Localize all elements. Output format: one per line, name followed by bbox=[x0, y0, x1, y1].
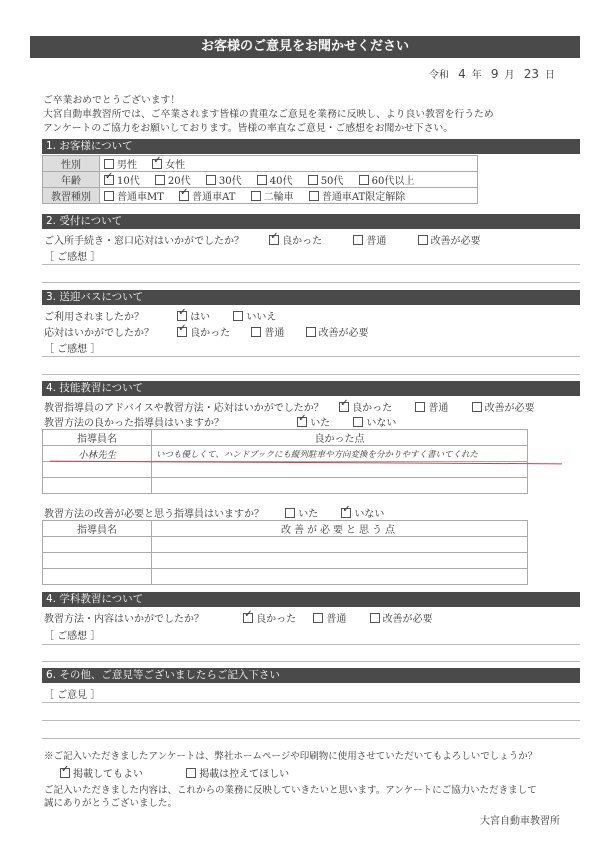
comment-label: ［ ご感想 ］ bbox=[44, 340, 100, 355]
month-unit: 月 bbox=[505, 70, 515, 81]
column-header-instructor: 指導員名 bbox=[43, 521, 152, 537]
age-40s-option[interactable]: 40代 bbox=[257, 172, 293, 187]
skill-advice-row: 教習指導員のアドバイスや教習方法・応対はいかがでしたか？ 良かった 普通 改善が… bbox=[44, 399, 547, 414]
date-year[interactable]: 4 bbox=[458, 67, 466, 81]
instructor-name-cell[interactable] bbox=[43, 553, 152, 569]
course-motorcycle-option[interactable]: 二輪車 bbox=[251, 188, 294, 203]
course-type-label: 教習種別 bbox=[43, 188, 100, 204]
instructor-name-cell[interactable] bbox=[43, 569, 152, 585]
checkbox-icon[interactable] bbox=[104, 159, 114, 169]
option-label: 良かった bbox=[352, 403, 392, 414]
option-label: 普通車AT限定解除 bbox=[322, 192, 405, 203]
consent-options: 掲載してもよい 掲載は控えてほしい bbox=[60, 765, 301, 780]
option-good[interactable]: 良かった bbox=[243, 610, 296, 625]
classroom-question-row: 教習方法・内容はいかがでしたか？ 良かった 普通 改善が必要 bbox=[44, 610, 445, 625]
option-label: いた bbox=[298, 509, 318, 520]
checkbox-checked-icon[interactable] bbox=[60, 768, 70, 778]
closing-line: ご記入いただきました内容は、これからの業務に反映していきたいと思います。アンケー… bbox=[44, 784, 537, 797]
column-header-improve-points: 改善が必要と思う点 bbox=[152, 521, 528, 537]
comment-line[interactable] bbox=[42, 356, 580, 357]
option-improve[interactable]: 改善が必要 bbox=[306, 324, 369, 339]
option-label: 改善が必要 bbox=[319, 328, 369, 339]
table-row bbox=[43, 478, 528, 494]
date-era: 令和 bbox=[429, 70, 449, 81]
option-label: 普通 bbox=[366, 236, 386, 247]
checkbox-icon[interactable] bbox=[306, 327, 316, 337]
age-60plus-option[interactable]: 60代以上 bbox=[359, 172, 415, 187]
reception-question-row: ご入所手続き・窓口応対はいかがでしたか？ 良かった 普通 改善が必要 bbox=[44, 232, 493, 247]
option-label: 普通 bbox=[428, 403, 448, 414]
option-label: 普通車MT bbox=[117, 192, 164, 203]
option-label: 30代 bbox=[219, 176, 242, 187]
course-at-removal-option[interactable]: 普通車AT限定解除 bbox=[309, 188, 405, 203]
option-improve[interactable]: 改善が必要 bbox=[418, 232, 481, 247]
improve-points-cell[interactable] bbox=[152, 569, 528, 585]
column-header-instructor: 指導員名 bbox=[43, 430, 152, 446]
option-label: 女性 bbox=[165, 160, 185, 171]
intro-line: アンケートのご協力をお願いしております。皆様の率直なご意見・ご感想をお聞かせ下さ… bbox=[43, 122, 583, 136]
question-text: 教習方法・内容はいかがでしたか？ bbox=[44, 610, 240, 625]
section-bus-header: 3. 送迎バスについて bbox=[42, 290, 580, 305]
page-title: お客様のご意見をお聞かせください bbox=[30, 36, 580, 58]
checkbox-checked-icon[interactable] bbox=[152, 159, 162, 169]
comment-line[interactable] bbox=[42, 644, 580, 645]
instructor-name-cell[interactable] bbox=[43, 478, 152, 494]
age-50s-option[interactable]: 50代 bbox=[308, 172, 344, 187]
closing-line: 誠にありがとうございました。 bbox=[44, 797, 537, 810]
comment-label: ［ ご感想 ］ bbox=[44, 248, 100, 263]
question-text: ご入所手続き・窓口応対はいかがでしたか？ bbox=[44, 232, 266, 247]
intro-text: ご卒業おめでとうございます！ 大宮自動車教習所では、ご卒業されます皆様の貴重なご… bbox=[43, 94, 583, 136]
checkbox-icon[interactable] bbox=[257, 175, 267, 185]
option-normal[interactable]: 普通 bbox=[313, 610, 346, 625]
instructor-name-cell[interactable]: 小林先生 bbox=[43, 446, 152, 462]
checkbox-icon[interactable] bbox=[370, 613, 380, 623]
option-yes[interactable]: いた bbox=[285, 505, 318, 520]
comment-line[interactable] bbox=[42, 264, 580, 265]
bus-usage-row: ご利用されましたか？ はい いいえ bbox=[44, 308, 288, 323]
option-good[interactable]: 良かった bbox=[269, 232, 322, 247]
column-header-good-points: 良かった点 bbox=[152, 430, 528, 446]
option-label: 掲載は控えてほしい bbox=[199, 769, 289, 780]
good-points-cell[interactable] bbox=[152, 478, 528, 494]
gender-female-option[interactable]: 女性 bbox=[152, 156, 185, 171]
option-label: 普通 bbox=[264, 328, 284, 339]
consent-decline-option[interactable]: 掲載は控えてほしい bbox=[186, 765, 289, 780]
option-label: 40代 bbox=[270, 176, 293, 187]
option-label: 男性 bbox=[117, 160, 137, 171]
good-points-cell[interactable]: いつも優しくて、ハンドブックにも縦列駐車や方向変換を分かりやすく書いてくれた bbox=[152, 446, 528, 462]
option-label: 50代 bbox=[321, 176, 344, 187]
checkbox-icon[interactable] bbox=[353, 417, 363, 427]
option-normal[interactable]: 普通 bbox=[353, 232, 386, 247]
option-label: 二輪車 bbox=[264, 192, 294, 203]
comment-label: ［ ご意見 ］ bbox=[44, 686, 100, 701]
option-label: 良かった bbox=[256, 614, 296, 625]
question-text: 教習方法の改善が必要と思う指導員はいますか？ bbox=[44, 505, 282, 520]
good-instructor-row: 教習方法の良かった指導員はいますか？ いた いない bbox=[44, 414, 408, 429]
checkbox-checked-icon[interactable] bbox=[104, 175, 114, 185]
option-label: 10代 bbox=[117, 176, 140, 187]
comment-line[interactable] bbox=[42, 282, 580, 283]
comment-line[interactable] bbox=[42, 738, 580, 739]
option-label: 改善が必要 bbox=[383, 614, 433, 625]
checkbox-icon[interactable] bbox=[233, 311, 243, 321]
option-label: 良かった bbox=[282, 236, 322, 247]
checkbox-checked-icon[interactable] bbox=[243, 613, 253, 623]
checkbox-icon[interactable] bbox=[472, 402, 482, 412]
section-skill-header: 4. 技能教習について bbox=[42, 381, 580, 396]
instructor-name-cell[interactable] bbox=[43, 537, 152, 553]
checkbox-icon[interactable] bbox=[309, 191, 319, 201]
checkbox-checked-icon[interactable] bbox=[297, 417, 307, 427]
comment-line[interactable] bbox=[42, 661, 580, 662]
improve-points-cell[interactable] bbox=[152, 537, 528, 553]
checkbox-icon[interactable] bbox=[251, 327, 261, 337]
checkbox-icon[interactable] bbox=[415, 402, 425, 412]
checkbox-icon[interactable] bbox=[104, 191, 114, 201]
option-normal[interactable]: 普通 bbox=[415, 399, 448, 414]
good-points-cell[interactable] bbox=[152, 462, 528, 478]
option-label: 20代 bbox=[168, 176, 191, 187]
option-label: 普通車AT bbox=[192, 192, 235, 203]
option-label: 良かった bbox=[190, 328, 230, 339]
section-reception-header: 2. 受付について bbox=[42, 214, 580, 229]
age-20s-option[interactable]: 20代 bbox=[155, 172, 191, 187]
checkbox-checked-icon[interactable] bbox=[341, 508, 351, 518]
day-unit: 日 bbox=[545, 70, 555, 81]
option-yes[interactable]: いた bbox=[297, 414, 330, 429]
option-good[interactable]: 良かった bbox=[177, 324, 230, 339]
option-improve[interactable]: 改善が必要 bbox=[370, 610, 433, 625]
option-label: いいえ bbox=[246, 312, 276, 323]
bus-service-row: 応対はいかがでしたか？ 良かった 普通 改善が必要 bbox=[44, 324, 381, 339]
checkbox-icon[interactable] bbox=[251, 191, 261, 201]
improve-points-cell[interactable] bbox=[152, 553, 528, 569]
question-text: 応対はいかがでしたか？ bbox=[44, 324, 174, 339]
course-at-option[interactable]: 普通車AT bbox=[179, 188, 235, 203]
closing-text: ご記入いただきました内容は、これからの業務に反映していきたいと思います。アンケー… bbox=[44, 784, 537, 810]
table-row bbox=[43, 537, 528, 553]
checkbox-checked-icon[interactable] bbox=[339, 402, 349, 412]
table-row bbox=[43, 462, 528, 478]
comment-line[interactable] bbox=[42, 702, 580, 703]
table-row bbox=[43, 553, 528, 569]
option-label: 掲載してもよい bbox=[73, 769, 143, 780]
improve-instructor-table: 指導員名 改善が必要と思う点 bbox=[42, 520, 528, 585]
comment-line[interactable] bbox=[42, 720, 580, 721]
checkbox-icon[interactable] bbox=[186, 768, 196, 778]
option-improve[interactable]: 改善が必要 bbox=[472, 399, 535, 414]
checkbox-icon[interactable] bbox=[285, 508, 295, 518]
option-label: 普通 bbox=[326, 614, 346, 625]
consent-question: ※ご記入いただきましたアンケートは、弊社ホームページや印刷物に使用させていただい… bbox=[44, 750, 537, 763]
gender-label: 性別 bbox=[43, 156, 100, 172]
table-row bbox=[43, 569, 528, 585]
option-good[interactable]: 良かった bbox=[339, 399, 392, 414]
question-text: 教習方法の良かった指導員はいますか？ bbox=[44, 414, 294, 429]
checkbox-icon[interactable] bbox=[206, 175, 216, 185]
intro-line: 大宮自動車教習所では、ご卒業されます皆様の貴重なご意見を業務に反映し、より良い教… bbox=[43, 108, 583, 122]
comment-label: ［ ご感想 ］ bbox=[44, 627, 100, 642]
course-mt-option[interactable]: 普通車MT bbox=[104, 188, 164, 203]
checkbox-checked-icon[interactable] bbox=[177, 311, 187, 321]
option-yes[interactable]: はい bbox=[177, 308, 210, 323]
age-30s-option[interactable]: 30代 bbox=[206, 172, 242, 187]
question-text: ご利用されましたか？ bbox=[44, 308, 174, 323]
option-label: いない bbox=[366, 418, 396, 429]
age-label: 年齢 bbox=[43, 172, 100, 188]
table-row: 小林先生 いつも優しくて、ハンドブックにも縦列駐車や方向変換を分かりやすく書いて… bbox=[43, 446, 528, 462]
school-signature: 大宮自動車教習所 bbox=[480, 812, 560, 827]
consent-allow-option[interactable]: 掲載してもよい bbox=[60, 765, 143, 780]
question-text: 教習指導員のアドバイスや教習方法・応対はいかがでしたか？ bbox=[44, 399, 336, 414]
improve-instructor-row: 教習方法の改善が必要と思う指導員はいますか？ いた いない bbox=[44, 505, 396, 520]
checkbox-checked-icon[interactable] bbox=[269, 235, 279, 245]
option-label: 改善が必要 bbox=[431, 236, 481, 247]
checkbox-checked-icon[interactable] bbox=[177, 327, 187, 337]
option-label: いた bbox=[310, 418, 330, 429]
age-10s-option[interactable]: 10代 bbox=[104, 172, 140, 187]
option-no[interactable]: いない bbox=[353, 414, 396, 429]
section-customer-header: 1. お客様について bbox=[42, 139, 580, 154]
checkbox-icon[interactable] bbox=[155, 175, 165, 185]
option-label: 改善が必要 bbox=[485, 403, 535, 414]
option-label: はい bbox=[190, 312, 210, 323]
option-normal[interactable]: 普通 bbox=[251, 324, 284, 339]
option-label: いない bbox=[354, 509, 384, 520]
date-month[interactable]: 9 bbox=[491, 67, 499, 81]
section-other-header: 6. その他、ご意見等ございましたらご記入下さい bbox=[42, 668, 580, 683]
year-unit: 年 bbox=[472, 70, 482, 81]
instructor-name-cell[interactable] bbox=[43, 462, 152, 478]
checkbox-icon[interactable] bbox=[353, 235, 363, 245]
gender-male-option[interactable]: 男性 bbox=[104, 156, 137, 171]
comment-line[interactable] bbox=[42, 374, 580, 375]
section-classroom-header: 4. 学科教習について bbox=[42, 592, 580, 607]
option-label: 60代以上 bbox=[372, 176, 415, 187]
customer-info-table: 性別 男性 女性 年齢 10代 20代 30代 40代 50代 60代以上 教習… bbox=[42, 155, 478, 204]
date: 令和 4年 9月 23日 bbox=[429, 66, 555, 81]
option-no[interactable]: いない bbox=[341, 505, 384, 520]
date-day[interactable]: 23 bbox=[524, 67, 539, 81]
intro-line: ご卒業おめでとうございます！ bbox=[43, 94, 583, 108]
checkbox-icon[interactable] bbox=[418, 235, 428, 245]
checkbox-icon[interactable] bbox=[359, 175, 369, 185]
checkbox-icon[interactable] bbox=[308, 175, 318, 185]
checkbox-icon[interactable] bbox=[313, 613, 323, 623]
option-no[interactable]: いいえ bbox=[233, 308, 276, 323]
checkbox-checked-icon[interactable] bbox=[179, 191, 189, 201]
